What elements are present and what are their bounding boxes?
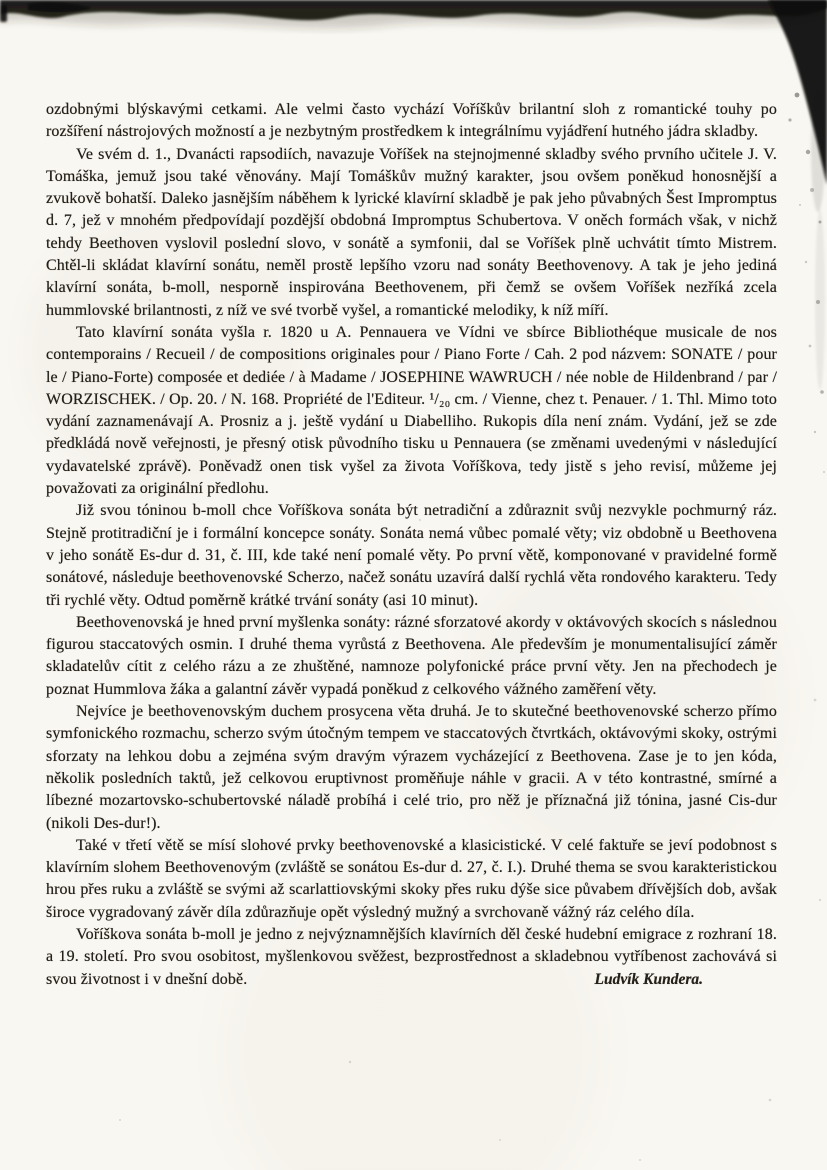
author-signature: Ludvík Kundera. [594, 971, 703, 988]
paragraph-first-movement: Beethovenovská je hned první myšlenka so… [46, 612, 777, 701]
scan-artifact-top-band [0, 0, 827, 28]
paragraph-third-movement: Také v třetí větě se mísí slohové prvky … [46, 835, 777, 924]
text-block: ozdobnými blýskavými cetkami. Ale velmi … [46, 99, 777, 991]
paragraph-rapsodie: Ve svém d. 1., Dvanácti rapsodiích, nava… [46, 144, 777, 322]
scanned-page: ozdobnými blýskavými cetkami. Ale velmi … [0, 0, 827, 1170]
paragraph-edition: Tato klavírní sonáta vyšla r. 1820 u A. … [46, 322, 777, 500]
paragraph-second-movement: Nejvíce je beethovenovským duchem prosyc… [46, 701, 777, 835]
paragraph-continuation: ozdobnými blýskavými cetkami. Ale velmi … [46, 99, 777, 144]
paragraph-tonina: Již svou tóninou b-moll chce Voříškova s… [46, 500, 777, 611]
